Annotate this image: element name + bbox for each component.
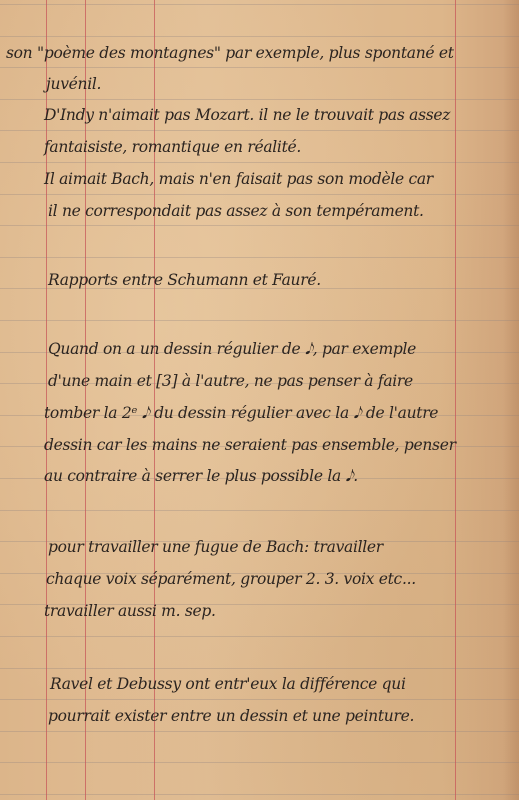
ruled-line (0, 225, 519, 226)
ruled-line (0, 99, 519, 100)
text-line: D'Indy n'aimait pas Mozart. il ne le tro… (44, 106, 450, 124)
margin-line (455, 0, 456, 800)
ruled-line (0, 510, 519, 511)
text-line: au contraire à serrer le plus possible l… (44, 467, 358, 486)
ruled-line (0, 162, 519, 163)
ruled-line (0, 194, 519, 195)
ruled-line (0, 67, 519, 68)
text-line: il ne correspondait pas assez à son temp… (48, 202, 424, 220)
ruled-line (0, 636, 519, 637)
notebook-page: son "poème des montagnes" par exemple, p… (0, 0, 519, 800)
text-line: chaque voix séparément, grouper 2. 3. vo… (46, 570, 416, 588)
text-line: pour travailler une fugue de Bach: trava… (48, 538, 383, 556)
text-line: son "poème des montagnes" par exemple, p… (6, 44, 454, 62)
ruled-line (0, 699, 519, 700)
text-line: pourrait exister entre un dessin et une … (48, 707, 414, 725)
ruled-line (0, 794, 519, 795)
text-line: Il aimait Bach, mais n'en faisait pas so… (44, 170, 433, 188)
ruled-line (0, 320, 519, 321)
ruled-line (0, 257, 519, 258)
text-line: tomber la 2ᵉ 𝅘𝅥𝅮 du dessin régulier avec… (44, 404, 438, 423)
ruled-line (0, 762, 519, 763)
text-line: travailler aussi m. sep. (44, 602, 216, 620)
ruled-line (0, 668, 519, 669)
ruled-line (0, 4, 519, 5)
ruled-line (0, 731, 519, 732)
text-line: Quand on a un dessin régulier de 𝅘𝅥𝅮, pa… (48, 340, 416, 359)
section-heading: Rapports entre Schumann et Fauré. (48, 271, 321, 289)
text-line: juvénil. (46, 75, 101, 93)
ruled-line (0, 130, 519, 131)
text-line: Ravel et Debussy ont entr'eux la différe… (50, 675, 406, 693)
text-line: d'une main et [3] à l'autre, ne pas pens… (48, 372, 413, 390)
ruled-line (0, 36, 519, 37)
text-line: fantaisiste, romantique en réalité. (44, 138, 301, 156)
text-line: dessin car les mains ne seraient pas ens… (44, 436, 456, 454)
